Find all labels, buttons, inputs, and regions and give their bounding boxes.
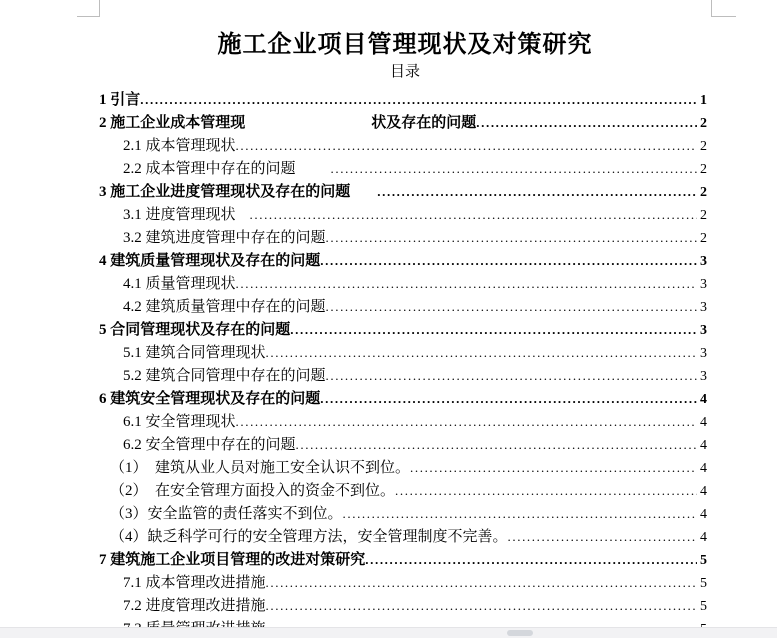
toc-entry-label: 7.2 进度管理改进措施 [123, 595, 266, 618]
dot-leader [320, 387, 697, 411]
toc-heading: 目录 [99, 60, 711, 81]
toc-entry[interactable]: 4.2 建筑质量管理中存在的问题3 [99, 295, 711, 318]
toc-page-number: 4 [697, 411, 707, 434]
toc-entry[interactable]: 7.2 进度管理改进措施5 [99, 594, 711, 617]
toc-entry-label: 状及存在的问题 [371, 112, 476, 135]
toc-entry-label: （1） 建筑从业人员对施工安全认识不到位。 [110, 457, 410, 480]
dot-leader [365, 548, 697, 572]
dot-leader [320, 249, 697, 273]
toc-page-number: 5 [697, 595, 707, 618]
text-boundary-mark-left [77, 0, 100, 17]
toc-entry[interactable]: （3）安全监管的责任落实不到位。4 [99, 502, 711, 525]
dot-leader [266, 571, 697, 595]
toc-entry-label: 3 施工企业进度管理现状及存在的问题 [99, 181, 350, 204]
horizontal-scrollbar[interactable] [0, 627, 777, 638]
dot-leader [331, 157, 697, 181]
toc-entry[interactable]: 2.1 成本管理现状2 [99, 134, 711, 157]
toc-page-number: 1 [697, 89, 707, 112]
dot-leader [236, 134, 697, 158]
toc-page-number: 3 [697, 342, 707, 365]
dot-leader [343, 502, 697, 526]
toc-entry-label: 3.1 进度管理现状 [123, 204, 236, 227]
toc-page-number: 2 [697, 112, 707, 135]
toc-entry-label: （4）缺乏科学可行的安全管理方法，安全管理制度不完善。 [110, 526, 508, 549]
dot-leader [476, 111, 697, 135]
toc-entry[interactable]: 6.2 安全管理中存在的问题4 [99, 433, 711, 456]
dot-leader [326, 226, 697, 250]
toc-page-number: 3 [697, 296, 707, 319]
dot-leader [266, 594, 697, 618]
toc-entry-label: 6 建筑安全管理现状及存在的问题 [99, 388, 320, 411]
tab-gap [350, 180, 377, 203]
toc-entry[interactable]: （1） 建筑从业人员对施工安全认识不到位。4 [99, 456, 711, 479]
toc-page-number: 2 [697, 158, 707, 181]
toc-entry-label: 6.1 安全管理现状 [123, 411, 236, 434]
tab-gap [296, 157, 331, 180]
toc-entry[interactable]: 2 施工企业成本管理现状及存在的问题2 [99, 111, 711, 134]
toc-entry-label: 3.2 建筑进度管理中存在的问题 [123, 227, 326, 250]
dot-leader [508, 525, 697, 549]
toc-page-number: 4 [697, 480, 707, 503]
toc-entry-label: 5.1 建筑合同管理现状 [123, 342, 266, 365]
toc-entry-label: 4 建筑质量管理现状及存在的问题 [99, 250, 320, 273]
toc-entry[interactable]: 2.2 成本管理中存在的问题2 [99, 157, 711, 180]
toc-entry-label: 7 建筑施工企业项目管理的改进对策研究 [99, 549, 365, 572]
toc-entry[interactable]: 5.1 建筑合同管理现状3 [99, 341, 711, 364]
toc-entry-label: 4.1 质量管理现状 [123, 273, 236, 296]
toc-page-number: 4 [697, 503, 707, 526]
toc-entry-label: 4.2 建筑质量管理中存在的问题 [123, 296, 326, 319]
toc-page-number: 4 [697, 457, 707, 480]
toc-page-number: 3 [697, 273, 707, 296]
toc-entry[interactable]: 3 施工企业进度管理现状及存在的问题2 [99, 180, 711, 203]
toc-page-number: 2 [697, 204, 707, 227]
toc-entry-label: 2.2 成本管理中存在的问题 [123, 158, 296, 181]
toc-entry[interactable]: 7.1 成本管理改进措施5 [99, 571, 711, 594]
toc-entry-label: 5.2 建筑合同管理中存在的问题 [123, 365, 326, 388]
dot-leader [326, 295, 697, 319]
dot-leader [236, 410, 697, 434]
dot-leader [377, 180, 697, 204]
tab-gap [236, 203, 250, 226]
toc-entry-label: 5 合同管理现状及存在的问题 [99, 319, 290, 342]
toc-entry-label: （2） 在安全管理方面投入的资金不到位。 [110, 480, 395, 503]
toc-page-number: 4 [697, 388, 707, 411]
toc-entry[interactable]: 4.1 质量管理现状3 [99, 272, 711, 295]
toc-entry[interactable]: （4）缺乏科学可行的安全管理方法，安全管理制度不完善。4 [99, 525, 711, 548]
toc-entry-label: 2.1 成本管理现状 [123, 135, 236, 158]
document-page: 施工企业项目管理现状及对策研究 目录 1 引言12 施工企业成本管理现状及存在的… [0, 0, 777, 638]
dot-leader [410, 456, 697, 480]
toc-entry[interactable]: 7 建筑施工企业项目管理的改进对策研究5 [99, 548, 711, 571]
toc-entry[interactable]: 3.2 建筑进度管理中存在的问题2 [99, 226, 711, 249]
toc-page-number: 3 [697, 319, 707, 342]
toc-entry[interactable]: 5.2 建筑合同管理中存在的问题3 [99, 364, 711, 387]
toc-page-number: 5 [697, 572, 707, 595]
toc-entry[interactable]: 5 合同管理现状及存在的问题3 [99, 318, 711, 341]
toc-entry-label: 7.1 成本管理改进措施 [123, 572, 266, 595]
dot-leader [326, 364, 697, 388]
toc-entry-label: 2 施工企业成本管理现 [99, 112, 245, 135]
dot-leader [266, 341, 697, 365]
toc-page-number: 2 [697, 135, 707, 158]
dot-leader [140, 88, 697, 112]
toc-entry[interactable]: 1 引言1 [99, 88, 711, 111]
document-title: 施工企业项目管理现状及对策研究 [99, 24, 711, 59]
tab-gap [245, 111, 371, 134]
horizontal-scrollbar-thumb[interactable] [507, 630, 533, 636]
dot-leader [250, 203, 697, 227]
dot-leader [290, 318, 697, 342]
dot-leader [296, 433, 697, 457]
toc-entry-label: 1 引言 [99, 89, 140, 112]
text-boundary-mark-right [711, 0, 736, 17]
dot-leader [395, 479, 697, 503]
toc-page-number: 5 [697, 549, 707, 572]
toc-page-number: 3 [697, 250, 707, 273]
toc-page-number: 3 [697, 365, 707, 388]
toc-list: 1 引言12 施工企业成本管理现状及存在的问题22.1 成本管理现状22.2 成… [99, 88, 711, 638]
toc-entry[interactable]: 3.1 进度管理现状2 [99, 203, 711, 226]
toc-entry[interactable]: 6.1 安全管理现状4 [99, 410, 711, 433]
toc-page-number: 4 [697, 434, 707, 457]
dot-leader [236, 272, 697, 296]
toc-page-number: 4 [697, 526, 707, 549]
toc-entry[interactable]: （2） 在安全管理方面投入的资金不到位。4 [99, 479, 711, 502]
toc-entry[interactable]: 6 建筑安全管理现状及存在的问题4 [99, 387, 711, 410]
toc-entry[interactable]: 4 建筑质量管理现状及存在的问题3 [99, 249, 711, 272]
toc-entry-label: 6.2 安全管理中存在的问题 [123, 434, 296, 457]
toc-page-number: 2 [697, 227, 707, 250]
toc-entry-label: （3）安全监管的责任落实不到位。 [110, 503, 343, 526]
toc-page-number: 2 [697, 181, 707, 204]
